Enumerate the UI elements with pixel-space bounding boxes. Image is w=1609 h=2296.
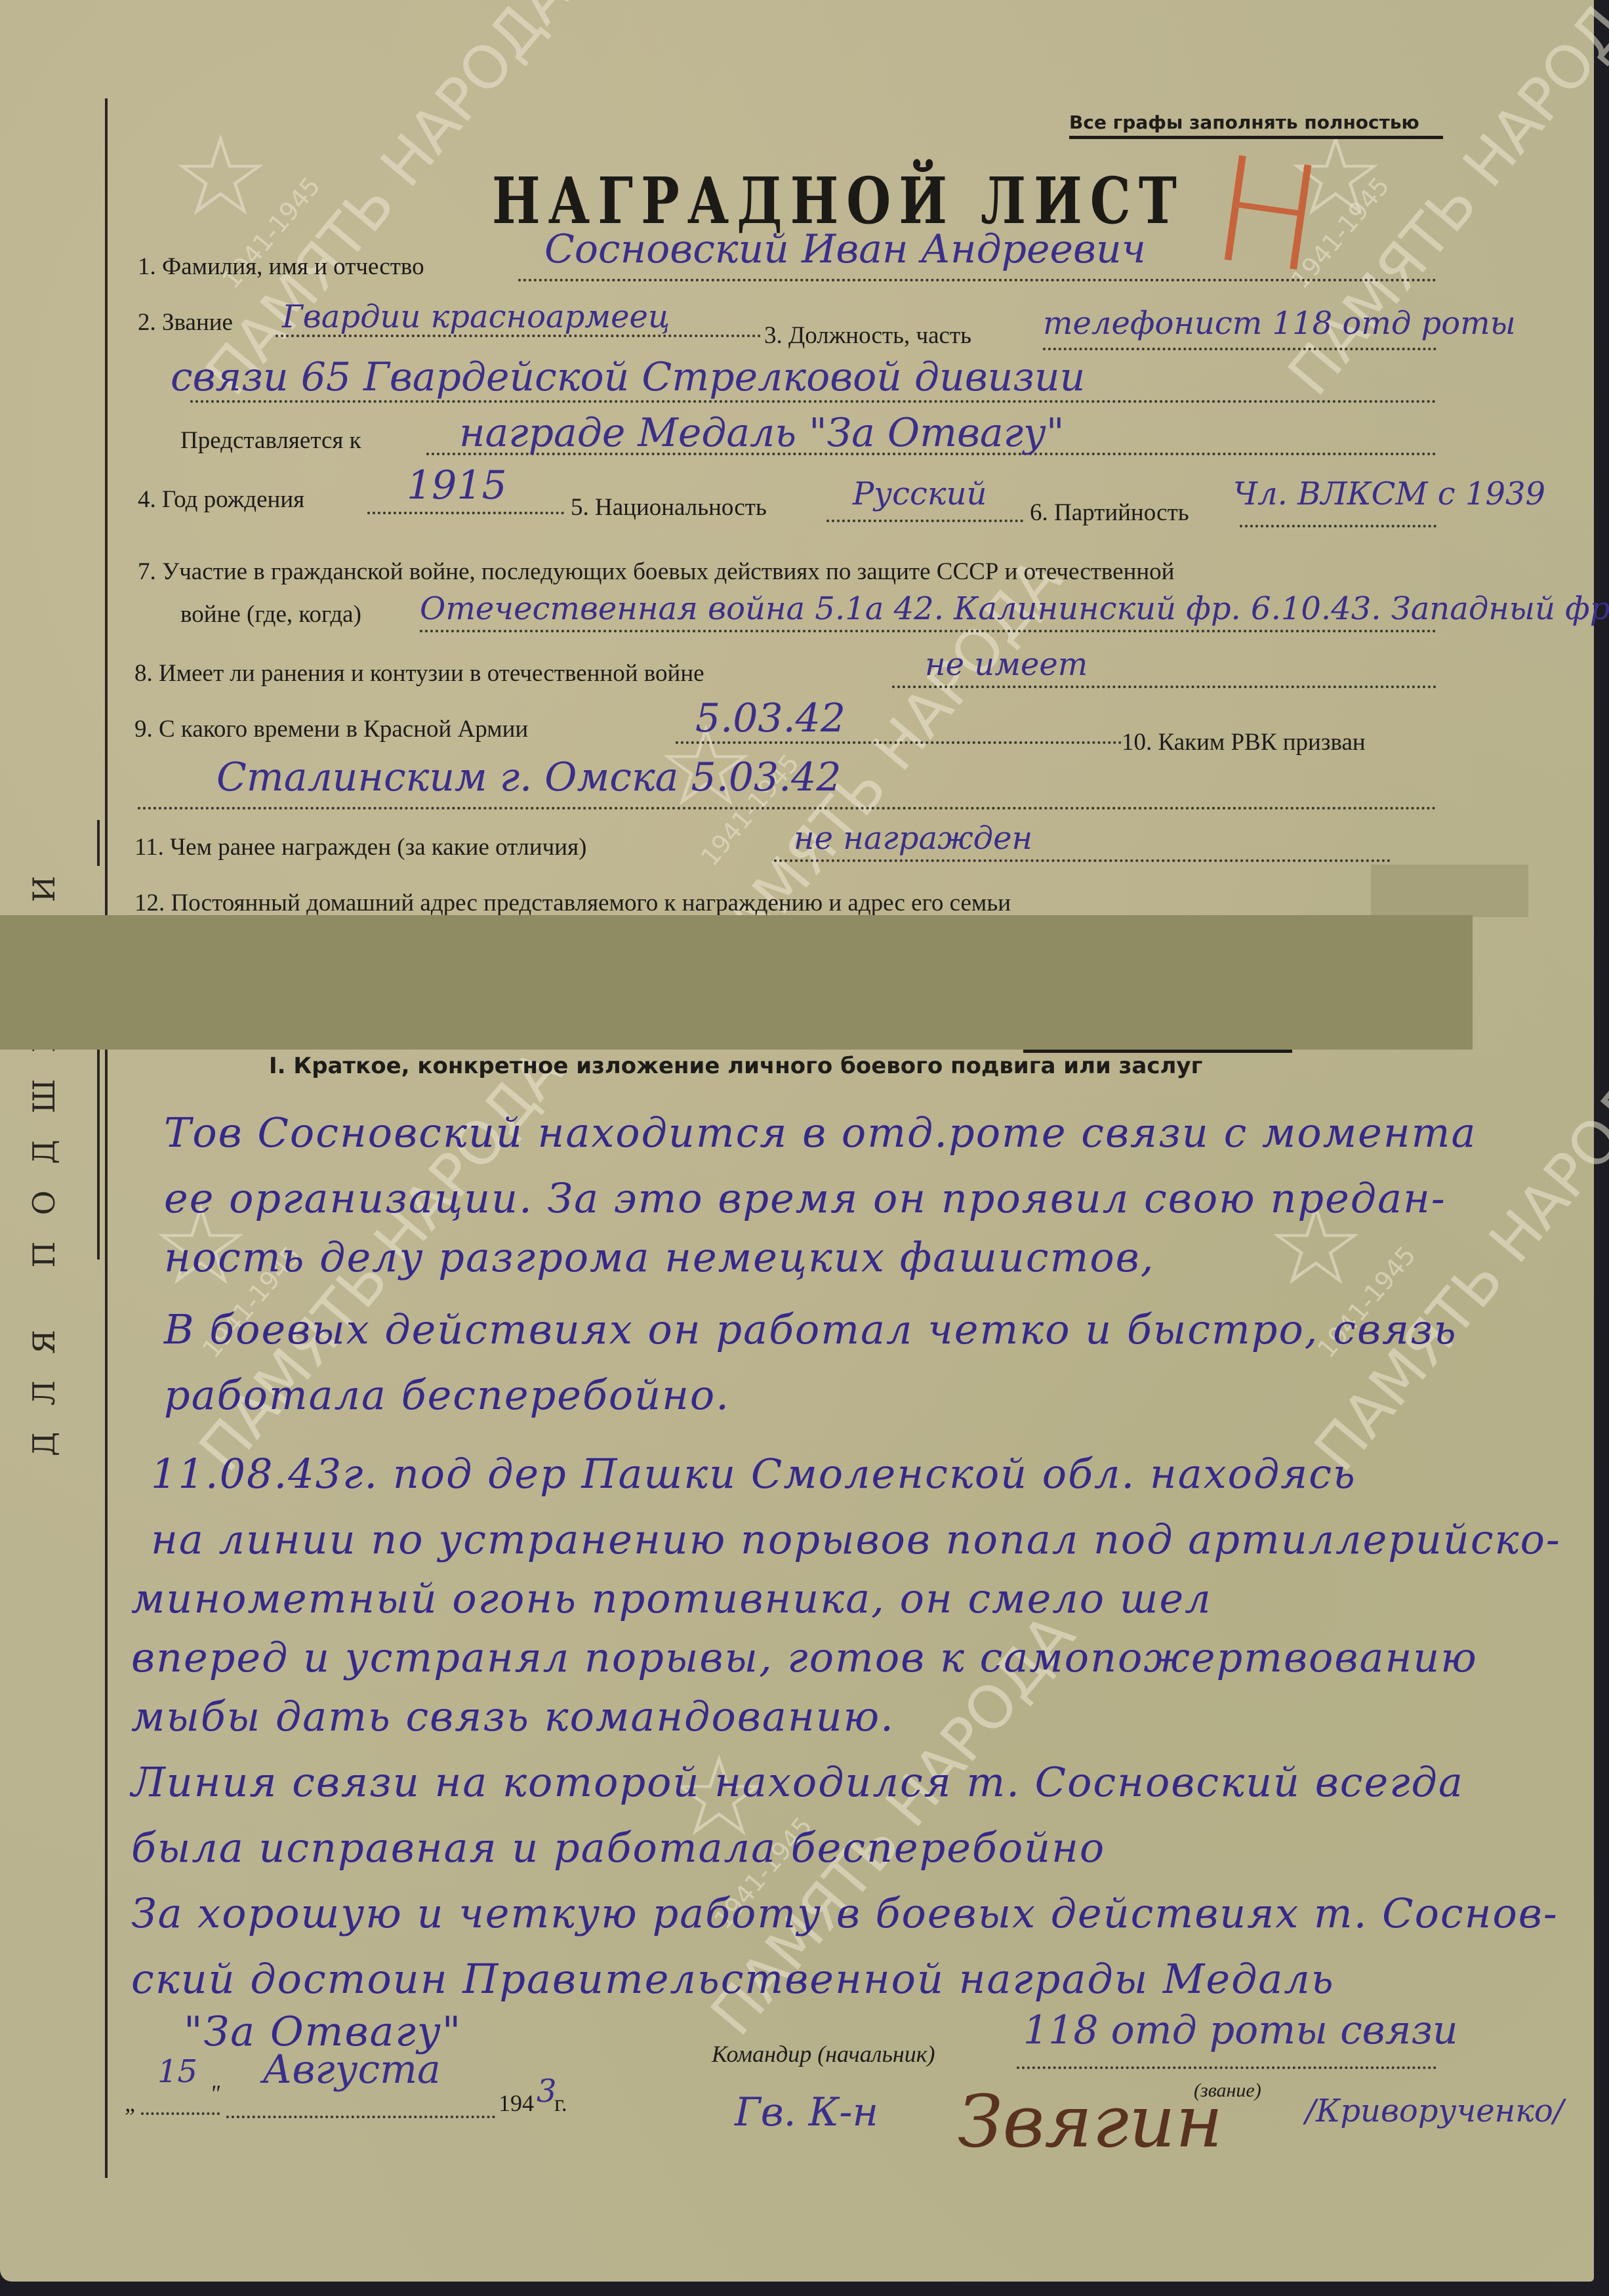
value-combat-participation: Отечественная война 5.1а 42. Калининский… [420, 590, 1609, 627]
label-red-army-since: 9. С какого времени в Красной Армии [134, 715, 528, 743]
narrative-line: минометный огонь противника, он смело ше… [131, 1574, 1212, 1622]
narrative-line: вперед и устранял порывы, готов к самопо… [131, 1633, 1478, 1681]
narrative-line: работала бесперебойно. [164, 1371, 730, 1419]
value-birth-year: 1915 [407, 462, 507, 508]
date-month: Августа [262, 2047, 441, 2093]
label-rank: 2. Звание [138, 308, 233, 337]
label-wounds: 8. Имеет ли ранения и контузии в отечест… [134, 659, 704, 687]
value-previous-awards: не награжден [794, 820, 1032, 857]
narrative-line: мыбы дать связь командованию. [131, 1692, 895, 1740]
value-wounds: не имеет [925, 646, 1088, 683]
dotted-line [226, 2116, 495, 2118]
redaction-block-top [1371, 865, 1528, 917]
dotted-line [190, 400, 1436, 403]
dotted-line [518, 279, 1436, 281]
value-rank: Гвардии красноармеец [282, 298, 670, 335]
section-heading-merits: I. Краткое, конкретное изложение личного… [269, 1053, 1202, 1079]
label-party: 6. Партийность [1030, 499, 1189, 527]
binding-rule-top [97, 820, 100, 866]
dotted-line [367, 512, 564, 514]
dotted-line [420, 630, 1436, 632]
narrative-line: Линия связи на которой находился т. Сосн… [131, 1758, 1464, 1806]
dotted-line [774, 859, 1391, 862]
binding-margin-line [105, 98, 108, 2178]
label-combat-where-when: войне (где, когда) [180, 600, 361, 628]
date-year-unit: г. [554, 2089, 567, 2117]
date-close-quote: " [210, 2080, 220, 2107]
date-day: 15 [157, 2053, 197, 2090]
label-combat-participation: 7. Участие в гражданской войне, последую… [138, 558, 1175, 586]
label-previous-awards: 11. Чем ранее награжден (за какие отличи… [134, 833, 586, 861]
dotted-line [892, 686, 1436, 688]
narrative-line: ее организации. За это время он проявил … [164, 1174, 1446, 1222]
date-open-quote: „ [125, 2089, 138, 2117]
dotted-line [1240, 525, 1436, 527]
value-position-unit-cont: связи 65 Гвардейской Стрелковой дивизии [171, 354, 1085, 400]
date-year-digit: 3 [537, 2073, 557, 2110]
dotted-line [1043, 348, 1436, 350]
value-commander-rank: Гв. К-н [735, 2089, 878, 2135]
narrative-line: была исправная и работала бесперебойно [131, 1824, 1105, 1872]
narrative-line: Тов Сосновский находится в отд.роте связ… [164, 1109, 1477, 1157]
label-conscription-office: 10. Каким РВК призван [1122, 728, 1366, 756]
label-home-address: 12. Постоянный домашний адрес представля… [134, 889, 1011, 917]
watermark-star-icon: ☆ [171, 112, 270, 241]
value-conscription-office: Сталинским г. Омска 5.03.42 [216, 754, 842, 800]
narrative-line: 11.08.43г. под дер Пашки Смоленской обл.… [151, 1450, 1356, 1498]
label-nominated-for: Представляется к [180, 426, 361, 455]
dotted-line [676, 741, 1122, 744]
dotted-line [1017, 2066, 1436, 2069]
value-full-name: Сосновский Иван Андреевич [544, 226, 1146, 272]
narrative-line: ность делу разгрома немецких фашистов, [164, 1233, 1154, 1281]
label-birth-year: 4. Год рождения [138, 485, 304, 514]
value-position-unit: телефонист 118 отд роты [1043, 305, 1516, 342]
value-commander-unit: 118 отд роты связи [1023, 2007, 1458, 2053]
narrative-line: на линии по устранению порывов попал под… [151, 1515, 1561, 1563]
redaction-block-address [0, 915, 1473, 1050]
value-commander-name: /Криворученко/ [1305, 2093, 1564, 2129]
commander-signature: Звягин [958, 2080, 1223, 2163]
value-party: Чл. ВЛКСМ с 1939 [1233, 476, 1545, 512]
binding-rule-lower [97, 1102, 100, 1260]
label-full-name: 1. Фамилия, имя и отчество [138, 253, 424, 281]
value-nationality: Русский [853, 476, 987, 512]
narrative-line: За хорошую и четкую работу в боевых дейс… [131, 1889, 1558, 1937]
dotted-line [826, 520, 1023, 522]
dotted-line [141, 2112, 220, 2115]
label-commander: Командир (начальник) [712, 2040, 935, 2068]
label-position-unit: 3. Должность, часть [764, 321, 971, 350]
narrative-line: В боевых действиях он работал четко и бы… [164, 1305, 1457, 1353]
award-sheet-paper: ДЛЯ ПОДШИВКИ ☆ 1941-1945 ПАМЯТЬ НАРОДА ☆… [0, 0, 1594, 2282]
dotted-line [138, 807, 1436, 810]
value-red-army-since: 5.03.42 [695, 695, 845, 741]
date-year-prefix: 194 [499, 2089, 534, 2117]
narrative-line: ский достоин Правительственной награды М… [131, 1955, 1335, 2003]
label-nationality: 5. Национальность [571, 493, 767, 522]
value-nominated-award: награде Медаль "За Отвагу" [459, 410, 1064, 456]
